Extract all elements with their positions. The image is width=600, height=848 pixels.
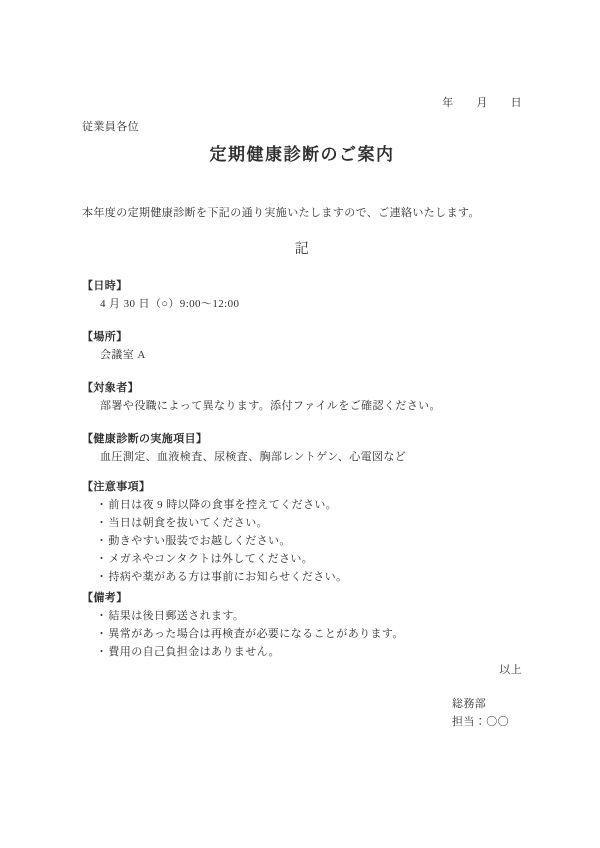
intro-paragraph: 本年度の定期健康診断を下記の通り実施いたしますので、ご連絡いたします。 xyxy=(82,204,522,222)
page-title: 定期健康診断のご案内 xyxy=(82,142,522,168)
bullet-icon: ・ xyxy=(96,646,107,658)
bullet-text: 異常があった場合は再検査が必要になることがあります。 xyxy=(108,628,403,640)
section-heading: 【対象者】 xyxy=(82,379,522,397)
bullet-text: 前日は夜 9 時以降の食事を控えてください。 xyxy=(108,499,337,511)
bullet-item: ・前日は夜 9 時以降の食事を控えてください。 xyxy=(96,496,522,514)
section-target: 【対象者】 部署や役職によって異なります。添付ファイルをご確認ください。 xyxy=(82,379,522,415)
section-place: 【場所】 会議室 A xyxy=(82,328,522,364)
closing-marker: 以上 xyxy=(82,661,522,679)
bullet-icon: ・ xyxy=(96,628,107,640)
section-heading: 【備考】 xyxy=(82,589,522,607)
bullet-list: ・結果は後日郵送されます。 ・異常があった場合は再検査が必要になることがあります… xyxy=(82,607,522,661)
recipient-line: 従業員各位 xyxy=(82,118,522,136)
bullet-icon: ・ xyxy=(96,535,107,547)
bullet-icon: ・ xyxy=(96,553,107,565)
section-heading: 【場所】 xyxy=(82,328,522,346)
section-body: 4 月 30 日（○）9:00～12:00 xyxy=(82,295,522,313)
bullet-item: ・異常があった場合は再検査が必要になることがあります。 xyxy=(96,625,522,643)
date-line: 年 月 日 xyxy=(82,94,522,112)
bullet-item: ・メガネやコンタクトは外してください。 xyxy=(96,550,522,568)
bullet-text: 当日は朝食を抜いてください。 xyxy=(108,517,268,529)
bullet-icon: ・ xyxy=(96,517,107,529)
section-notes: 【注意事項】 ・前日は夜 9 時以降の食事を控えてください。 ・当日は朝食を抜い… xyxy=(82,478,522,586)
bullet-list: ・前日は夜 9 時以降の食事を控えてください。 ・当日は朝食を抜いてください。 … xyxy=(82,496,522,586)
section-body: 部署や役職によって異なります。添付ファイルをご確認ください。 xyxy=(82,397,522,415)
section-remarks: 【備考】 ・結果は後日郵送されます。 ・異常があった場合は再検査が必要になること… xyxy=(82,589,522,661)
bullet-item: ・当日は朝食を抜いてください。 xyxy=(96,514,522,532)
bullet-text: 結果は後日郵送されます。 xyxy=(108,610,244,622)
sender-block: 総務部 担当：〇〇 xyxy=(82,695,522,731)
section-body: 血圧測定、血液検査、尿検査、胸部レントゲン、心電図など xyxy=(82,448,522,466)
bullet-item: ・費用の自己負担金はありません。 xyxy=(96,643,522,661)
section-heading: 【注意事項】 xyxy=(82,478,522,496)
bullet-text: メガネやコンタクトは外してください。 xyxy=(108,553,313,565)
section-exam-items: 【健康診断の実施項目】 血圧測定、血液検査、尿検査、胸部レントゲン、心電図など xyxy=(82,430,522,466)
section-body: 会議室 A xyxy=(82,346,522,364)
bullet-item: ・結果は後日郵送されます。 xyxy=(96,607,522,625)
section-heading: 【健康診断の実施項目】 xyxy=(82,430,522,448)
section-datetime: 【日時】 4 月 30 日（○）9:00～12:00 xyxy=(82,277,522,313)
health-checkup-notice-document: 年 月 日 従業員各位 定期健康診断のご案内 本年度の定期健康診断を下記の通り実… xyxy=(0,0,600,848)
bullet-icon: ・ xyxy=(96,610,107,622)
bullet-text: 持病や薬がある方は事前にお知らせください。 xyxy=(108,571,347,583)
bullet-item: ・動きやすい服装でお越しください。 xyxy=(96,532,522,550)
bullet-icon: ・ xyxy=(96,571,107,583)
bullet-icon: ・ xyxy=(96,499,107,511)
record-marker: 記 xyxy=(82,240,522,260)
section-heading: 【日時】 xyxy=(82,277,522,295)
bullet-text: 動きやすい服装でお越しください。 xyxy=(108,535,290,547)
bullet-item: ・持病や薬がある方は事前にお知らせください。 xyxy=(96,568,522,586)
section-list: 【日時】 4 月 30 日（○）9:00～12:00 【場所】 会議室 A 【対… xyxy=(82,277,522,661)
sender-contact: 担当：〇〇 xyxy=(452,713,522,731)
sender-department: 総務部 xyxy=(452,695,522,713)
bullet-text: 費用の自己負担金はありません。 xyxy=(108,646,280,658)
